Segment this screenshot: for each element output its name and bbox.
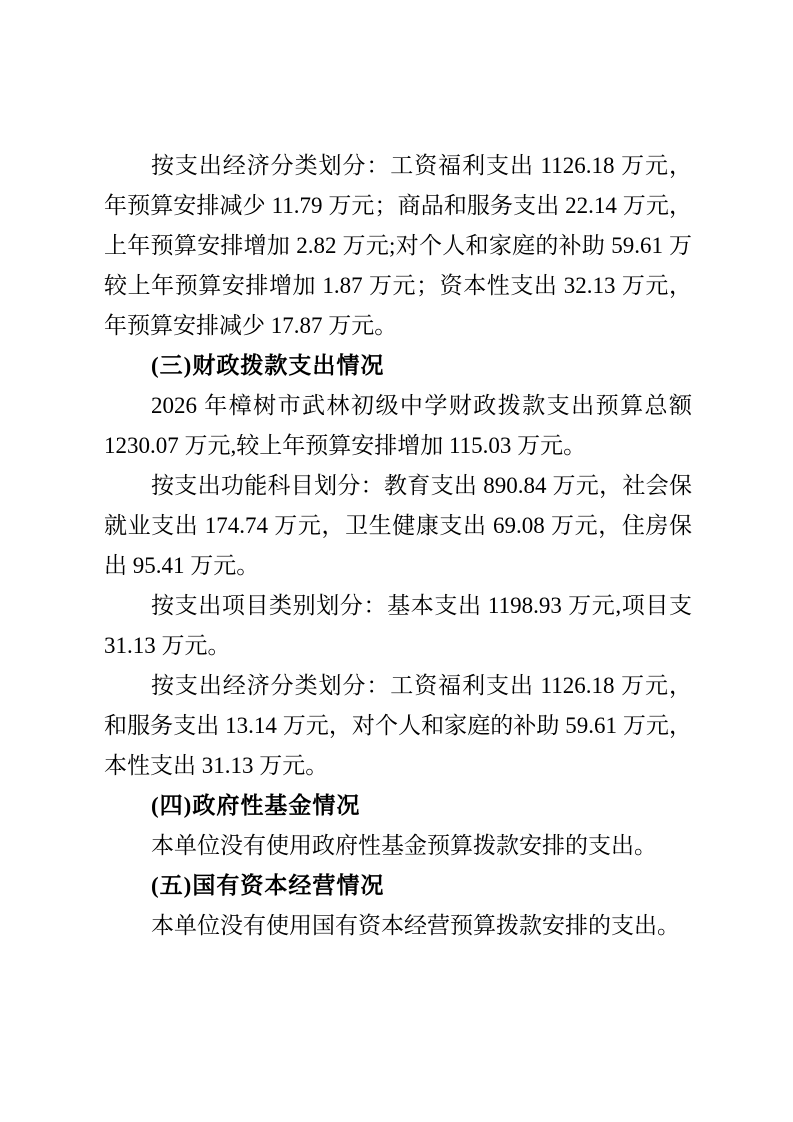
text-line: 就业支出 174.74 万元，卫生健康支出 69.08 万元，住房保障支 bbox=[104, 506, 692, 546]
text-line: 1230.07 万元,较上年预算安排增加 115.03 万元。 bbox=[104, 426, 692, 466]
section-heading-text: (三)财政拨款支出情况 bbox=[104, 346, 692, 386]
text-line: 本单位没有使用国有资本经营预算拨款安排的支出。 bbox=[104, 906, 692, 946]
text-line: 年预算安排减少 17.87 万元。 bbox=[104, 306, 692, 346]
text-line: 本性支出 31.13 万元。 bbox=[104, 746, 692, 786]
section-heading-fiscal-appropriation: (三)财政拨款支出情况 bbox=[104, 346, 692, 386]
para-total-budget: 2026 年樟树市武林初级中学财政拨款支出预算总额 1230.07 万元,较上年… bbox=[104, 386, 692, 466]
text-line: 年预算安排减少 11.79 万元；商品和服务支出 22.14 万元，较 bbox=[104, 186, 692, 226]
text-line: 按支出功能科目划分：教育支出 890.84 万元，社会保障和 bbox=[104, 466, 692, 506]
text-line: 较上年预算安排增加 1.87 万元；资本性支出 32.13 万元，较上 bbox=[104, 266, 692, 306]
text-line: 按支出项目类别划分：基本支出 1198.93 万元,项目支出 bbox=[104, 586, 692, 626]
text-line: 31.13 万元。 bbox=[104, 626, 692, 666]
text-line: 按支出经济分类划分：工资福利支出 1126.18 万元，商品 bbox=[104, 666, 692, 706]
text-line: 2026 年樟树市武林初级中学财政拨款支出预算总额 bbox=[104, 386, 692, 426]
text-line: 上年预算安排增加 2.82 万元;对个人和家庭的补助 59.61 万元， bbox=[104, 226, 692, 266]
text-line: 和服务支出 13.14 万元，对个人和家庭的补助 59.61 万元，资 bbox=[104, 706, 692, 746]
para-project-classification: 按支出项目类别划分：基本支出 1198.93 万元,项目支出 31.13 万元。 bbox=[104, 586, 692, 666]
section-heading-government-fund: (四)政府性基金情况 bbox=[104, 786, 692, 826]
text-line: 本单位没有使用政府性基金预算拨款安排的支出。 bbox=[104, 826, 692, 866]
para-government-fund: 本单位没有使用政府性基金预算拨款安排的支出。 bbox=[104, 826, 692, 866]
text-line: 出 95.41 万元。 bbox=[104, 546, 692, 586]
para-state-capital: 本单位没有使用国有资本经营预算拨款安排的支出。 bbox=[104, 906, 692, 946]
para-economic-classification: 按支出经济分类划分：工资福利支出 1126.18 万元，商品 和服务支出 13.… bbox=[104, 666, 692, 786]
section-heading-text: (四)政府性基金情况 bbox=[104, 786, 692, 826]
document-page: 按支出经济分类划分：工资福利支出 1126.18 万元，较上 年预算安排减少 1… bbox=[0, 0, 793, 1122]
text-line: 按支出经济分类划分：工资福利支出 1126.18 万元，较上 bbox=[104, 146, 692, 186]
document-text-body: 按支出经济分类划分：工资福利支出 1126.18 万元，较上 年预算安排减少 1… bbox=[104, 146, 692, 946]
para-economic-classification-prev-year: 按支出经济分类划分：工资福利支出 1126.18 万元，较上 年预算安排减少 1… bbox=[104, 146, 692, 346]
section-heading-state-capital: (五)国有资本经营情况 bbox=[104, 866, 692, 906]
section-heading-text: (五)国有资本经营情况 bbox=[104, 866, 692, 906]
para-function-classification: 按支出功能科目划分：教育支出 890.84 万元，社会保障和 就业支出 174.… bbox=[104, 466, 692, 586]
